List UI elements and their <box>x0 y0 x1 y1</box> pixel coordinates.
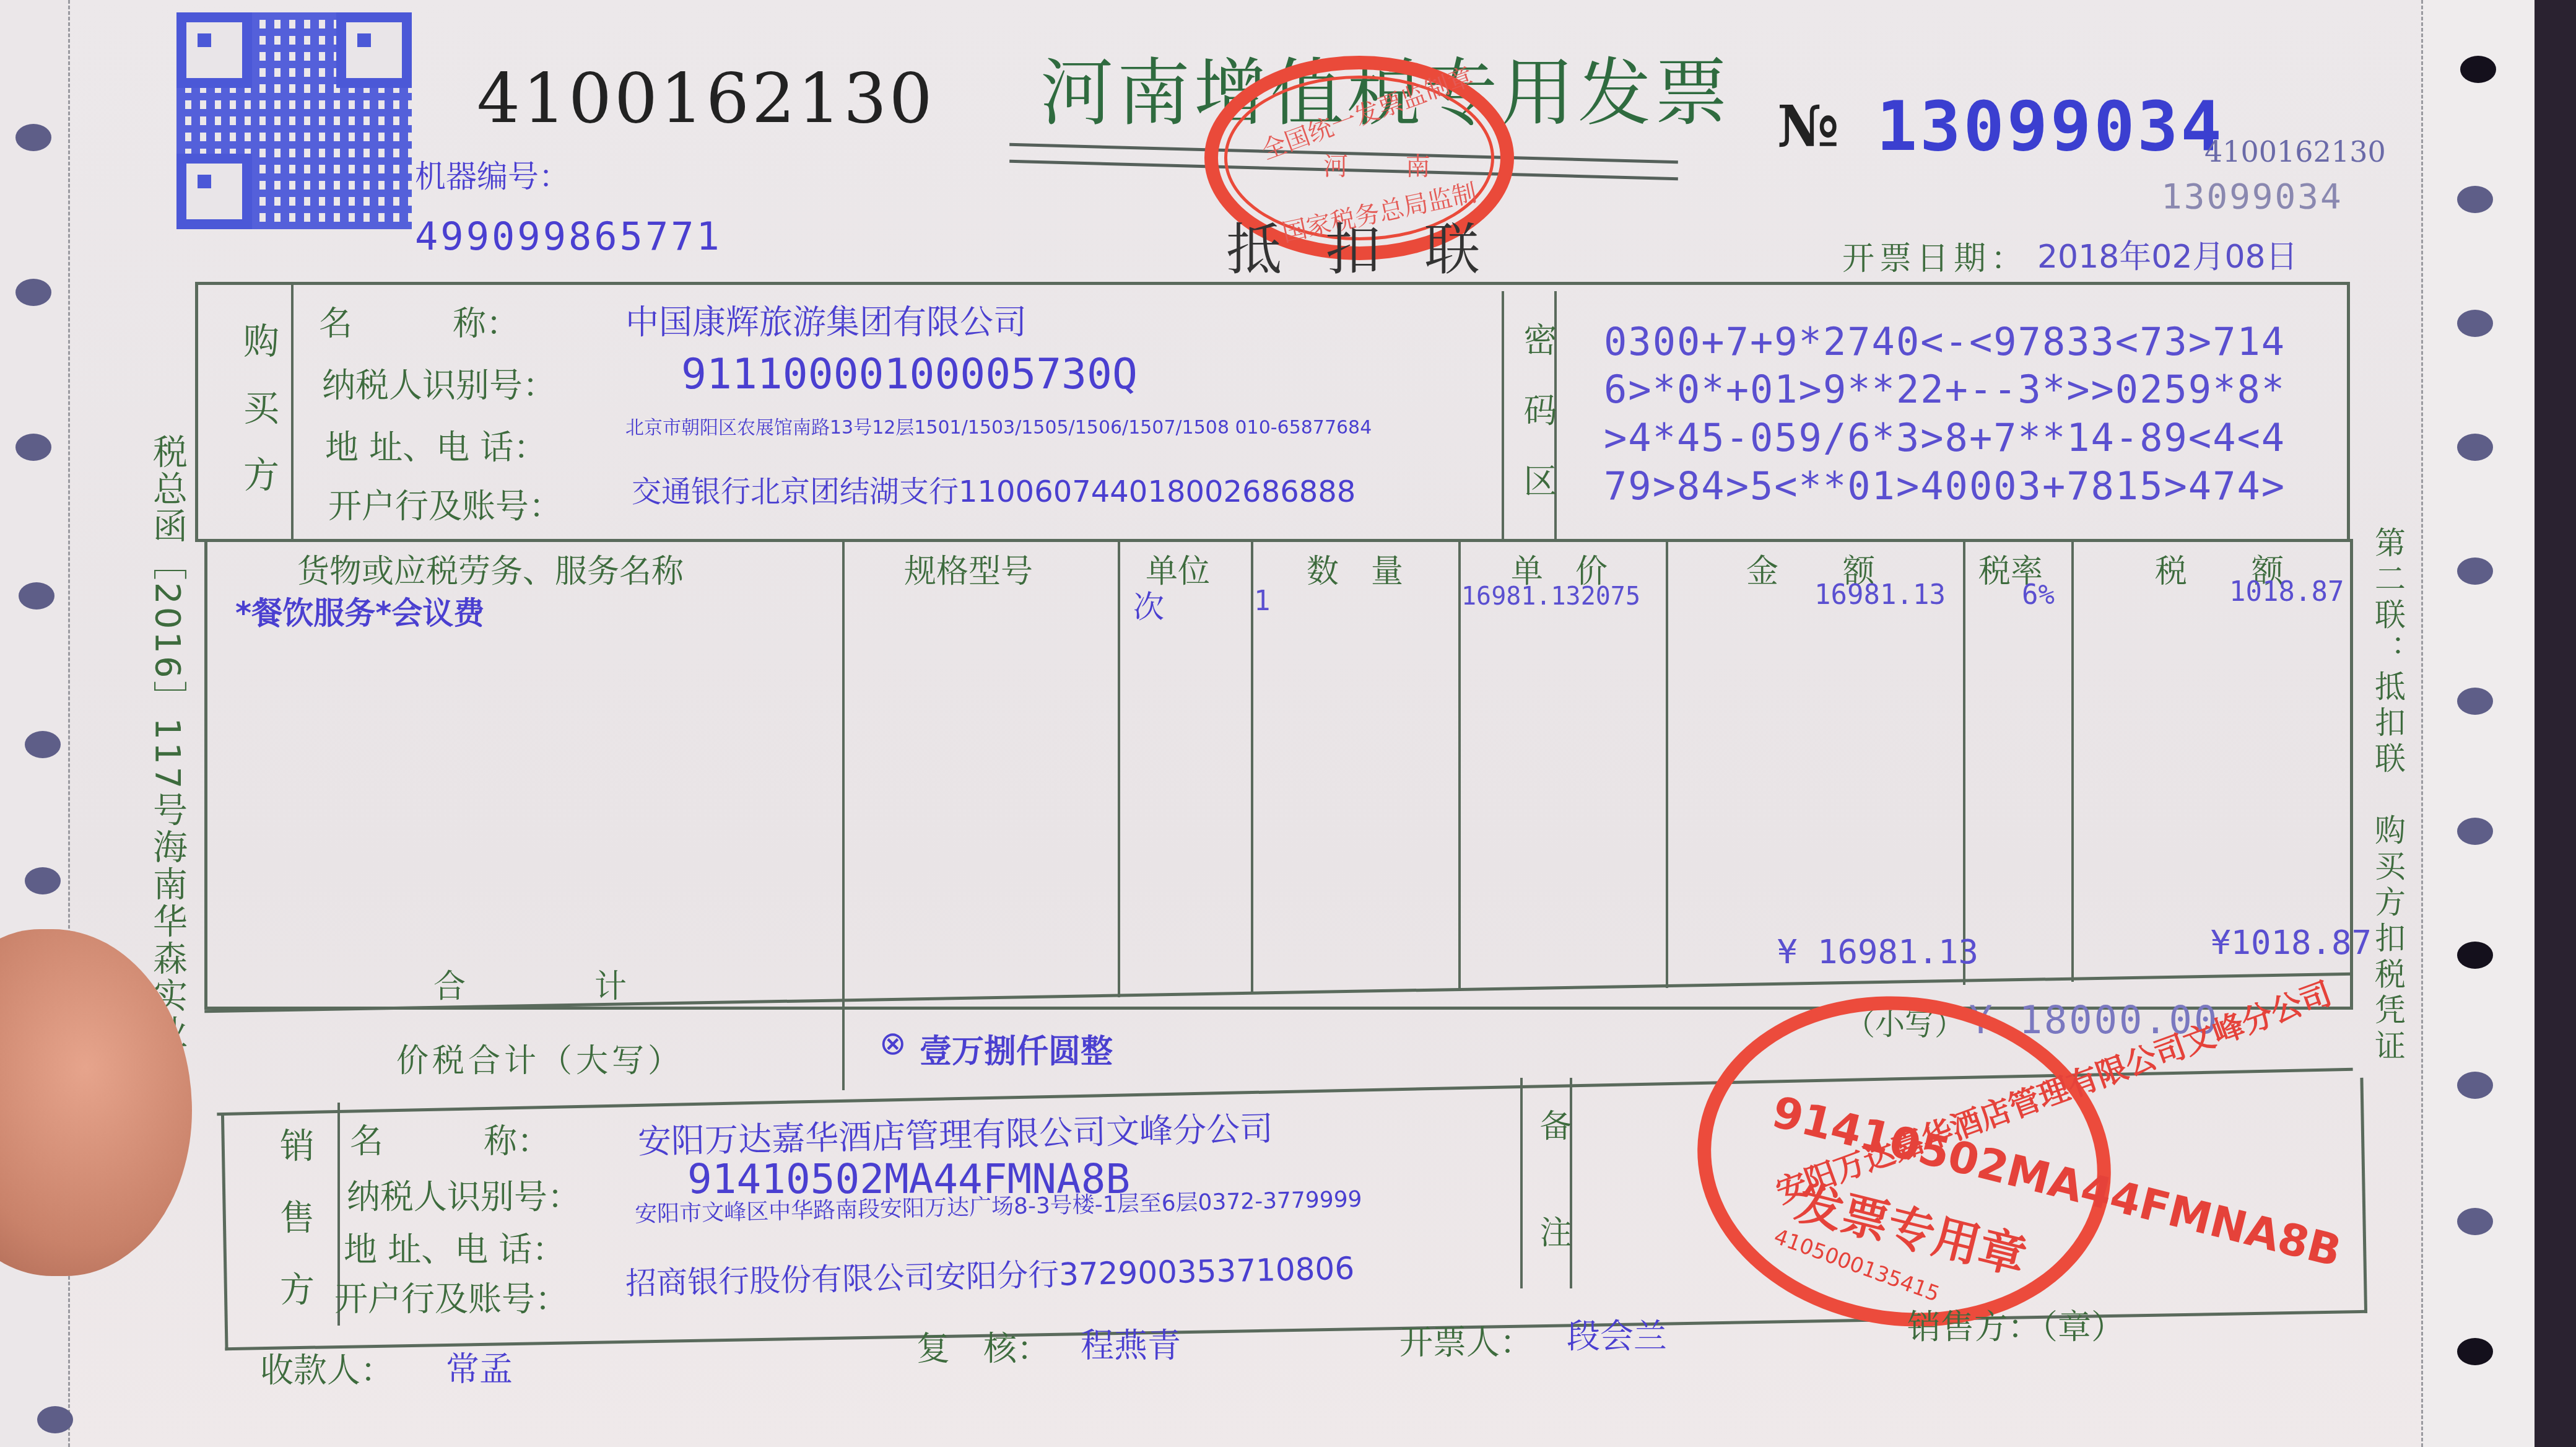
perforation-hole-icon <box>2457 557 2493 585</box>
item-tax-amount: 1018.87 <box>2229 576 2344 608</box>
cipher-line: >4*45-059/6*3>8+7**14-89<4<4 <box>1604 415 2286 460</box>
qr-code-icon <box>176 12 412 229</box>
perforation-hole-icon <box>15 434 51 461</box>
cipher-zone-label: 密码区 <box>1514 322 1562 534</box>
item-name: *餐饮服务*会议费 <box>235 588 484 633</box>
perforation-hole-icon <box>37 1406 73 1433</box>
header-item-name: 货物或应税劳务、服务名称 <box>297 545 684 592</box>
payee-label: 收款人： <box>260 1344 394 1392</box>
perforation-hole-icon <box>25 867 61 894</box>
seller-tax-id-label: 纳税人识别号： <box>347 1171 581 1218</box>
date-label: 开票日期： <box>1842 232 2028 279</box>
remarks-label: 备注 <box>1529 1109 1576 1322</box>
machine-number: 499099865771 <box>415 214 722 259</box>
total-amount: ¥ 16981.13 <box>1777 932 1978 971</box>
right-perforated-strip <box>2421 0 2535 1447</box>
buyer-tax-id-label: 纳税人识别号： <box>322 359 556 407</box>
drawer: 段会兰 <box>1567 1310 1667 1358</box>
item-unit: 次 <box>1133 582 1164 627</box>
drawer-label: 开票人： <box>1399 1316 1533 1364</box>
cipher-line: 6>*0*+01>9**22+--3*>>0259*8* <box>1604 367 2286 412</box>
perforation-hole-icon <box>2457 186 2493 213</box>
header-spec: 规格型号 <box>904 545 1033 592</box>
number-symbol: № <box>1777 93 1839 160</box>
invoice-code: 4100162130 <box>477 59 935 138</box>
perforation-hole-icon <box>2457 942 2493 969</box>
buyer-address-label: 地 址、电 话： <box>325 421 547 469</box>
item-amount: 16981.13 <box>1814 579 1946 611</box>
seller-section-label: 销售方 <box>269 1127 319 1343</box>
invoice-number: 13099034 <box>1876 87 2224 166</box>
perforation-hole-icon <box>2457 818 2493 845</box>
buyer-section-label: 购买方 <box>232 322 284 523</box>
stamp-middle-text: 河 南 <box>1323 147 1455 182</box>
invoice-paper: 4100162130 机器编号： 499099865771 河南增值税专用发票 … <box>0 0 2533 1447</box>
buyer-tax-id: 91110000100005730Q <box>681 350 1138 399</box>
seller-name-label: 名 称： <box>350 1115 550 1163</box>
payee: 常孟 <box>446 1343 513 1391</box>
circled-x-icon: ⊗ <box>879 1025 907 1062</box>
invoice-date: 2018年02月08日 <box>2037 230 2298 277</box>
seller-seal-label: 销售方：（章） <box>1907 1301 2125 1349</box>
reviewer-label: 复 核： <box>916 1322 1050 1370</box>
copy-type: 抵扣联 <box>1226 204 1523 285</box>
perforation-hole-icon <box>15 124 51 151</box>
perforation-hole-icon <box>2457 688 2493 715</box>
buyer-bank-account: 交通银行北京团结湖支行110060744018002686888 <box>632 468 1355 510</box>
machine-number-label: 机器编号： <box>415 152 570 196</box>
buyer-address: 北京市朝阳区农展馆南路13号12层1501/1503/1505/1506/150… <box>625 412 1372 439</box>
seller-address-label: 地 址、电 话： <box>344 1223 565 1271</box>
item-unit-price: 16981.132075 <box>1461 582 1640 611</box>
cipher-line: 79>84>5<**01>40003+7815>474> <box>1604 463 2286 509</box>
header-quantity: 数 量 <box>1307 545 1403 592</box>
total-tax: ¥1018.87 <box>2211 923 2372 962</box>
perforation-hole-icon <box>2457 310 2493 337</box>
reviewer: 程燕青 <box>1081 1319 1181 1367</box>
perforation-hole-icon <box>19 582 54 610</box>
item-tax-rate: 6% <box>2022 579 2055 611</box>
invoice-number-small: 13099034 <box>2161 177 2343 217</box>
perforation-hole-icon <box>15 279 51 306</box>
total-label: 合 计 <box>433 960 627 1007</box>
perforation-hole-icon <box>2457 1338 2493 1365</box>
buyer-name: 中国康辉旅游集团有限公司 <box>625 296 1027 344</box>
perforation-hole-icon <box>2457 1208 2493 1235</box>
perforation-hole-icon <box>2460 56 2496 83</box>
right-side-note: 第二联：抵扣联 购买方扣税凭证 <box>2365 527 2410 1065</box>
cipher-line: 0300+7+9*2740<-<97833<73>714 <box>1604 319 2286 364</box>
perforation-hole-icon <box>2457 1072 2493 1099</box>
buyer-bank-label: 开户行及账号： <box>328 480 562 528</box>
item-quantity: 1 <box>1254 585 1271 617</box>
perforation-hole-icon <box>25 731 61 758</box>
perforation-hole-icon <box>2457 434 2493 461</box>
buyer-name-label: 名 称： <box>319 297 520 345</box>
invoice-code-small: 4100162130 <box>2204 135 2386 168</box>
grand-total-uppercase: 壹万捌仟圆整 <box>920 1025 1113 1072</box>
seller-bank-label: 开户行及账号： <box>334 1273 568 1321</box>
grand-total-label: 价税合计（大写） <box>396 1034 684 1081</box>
